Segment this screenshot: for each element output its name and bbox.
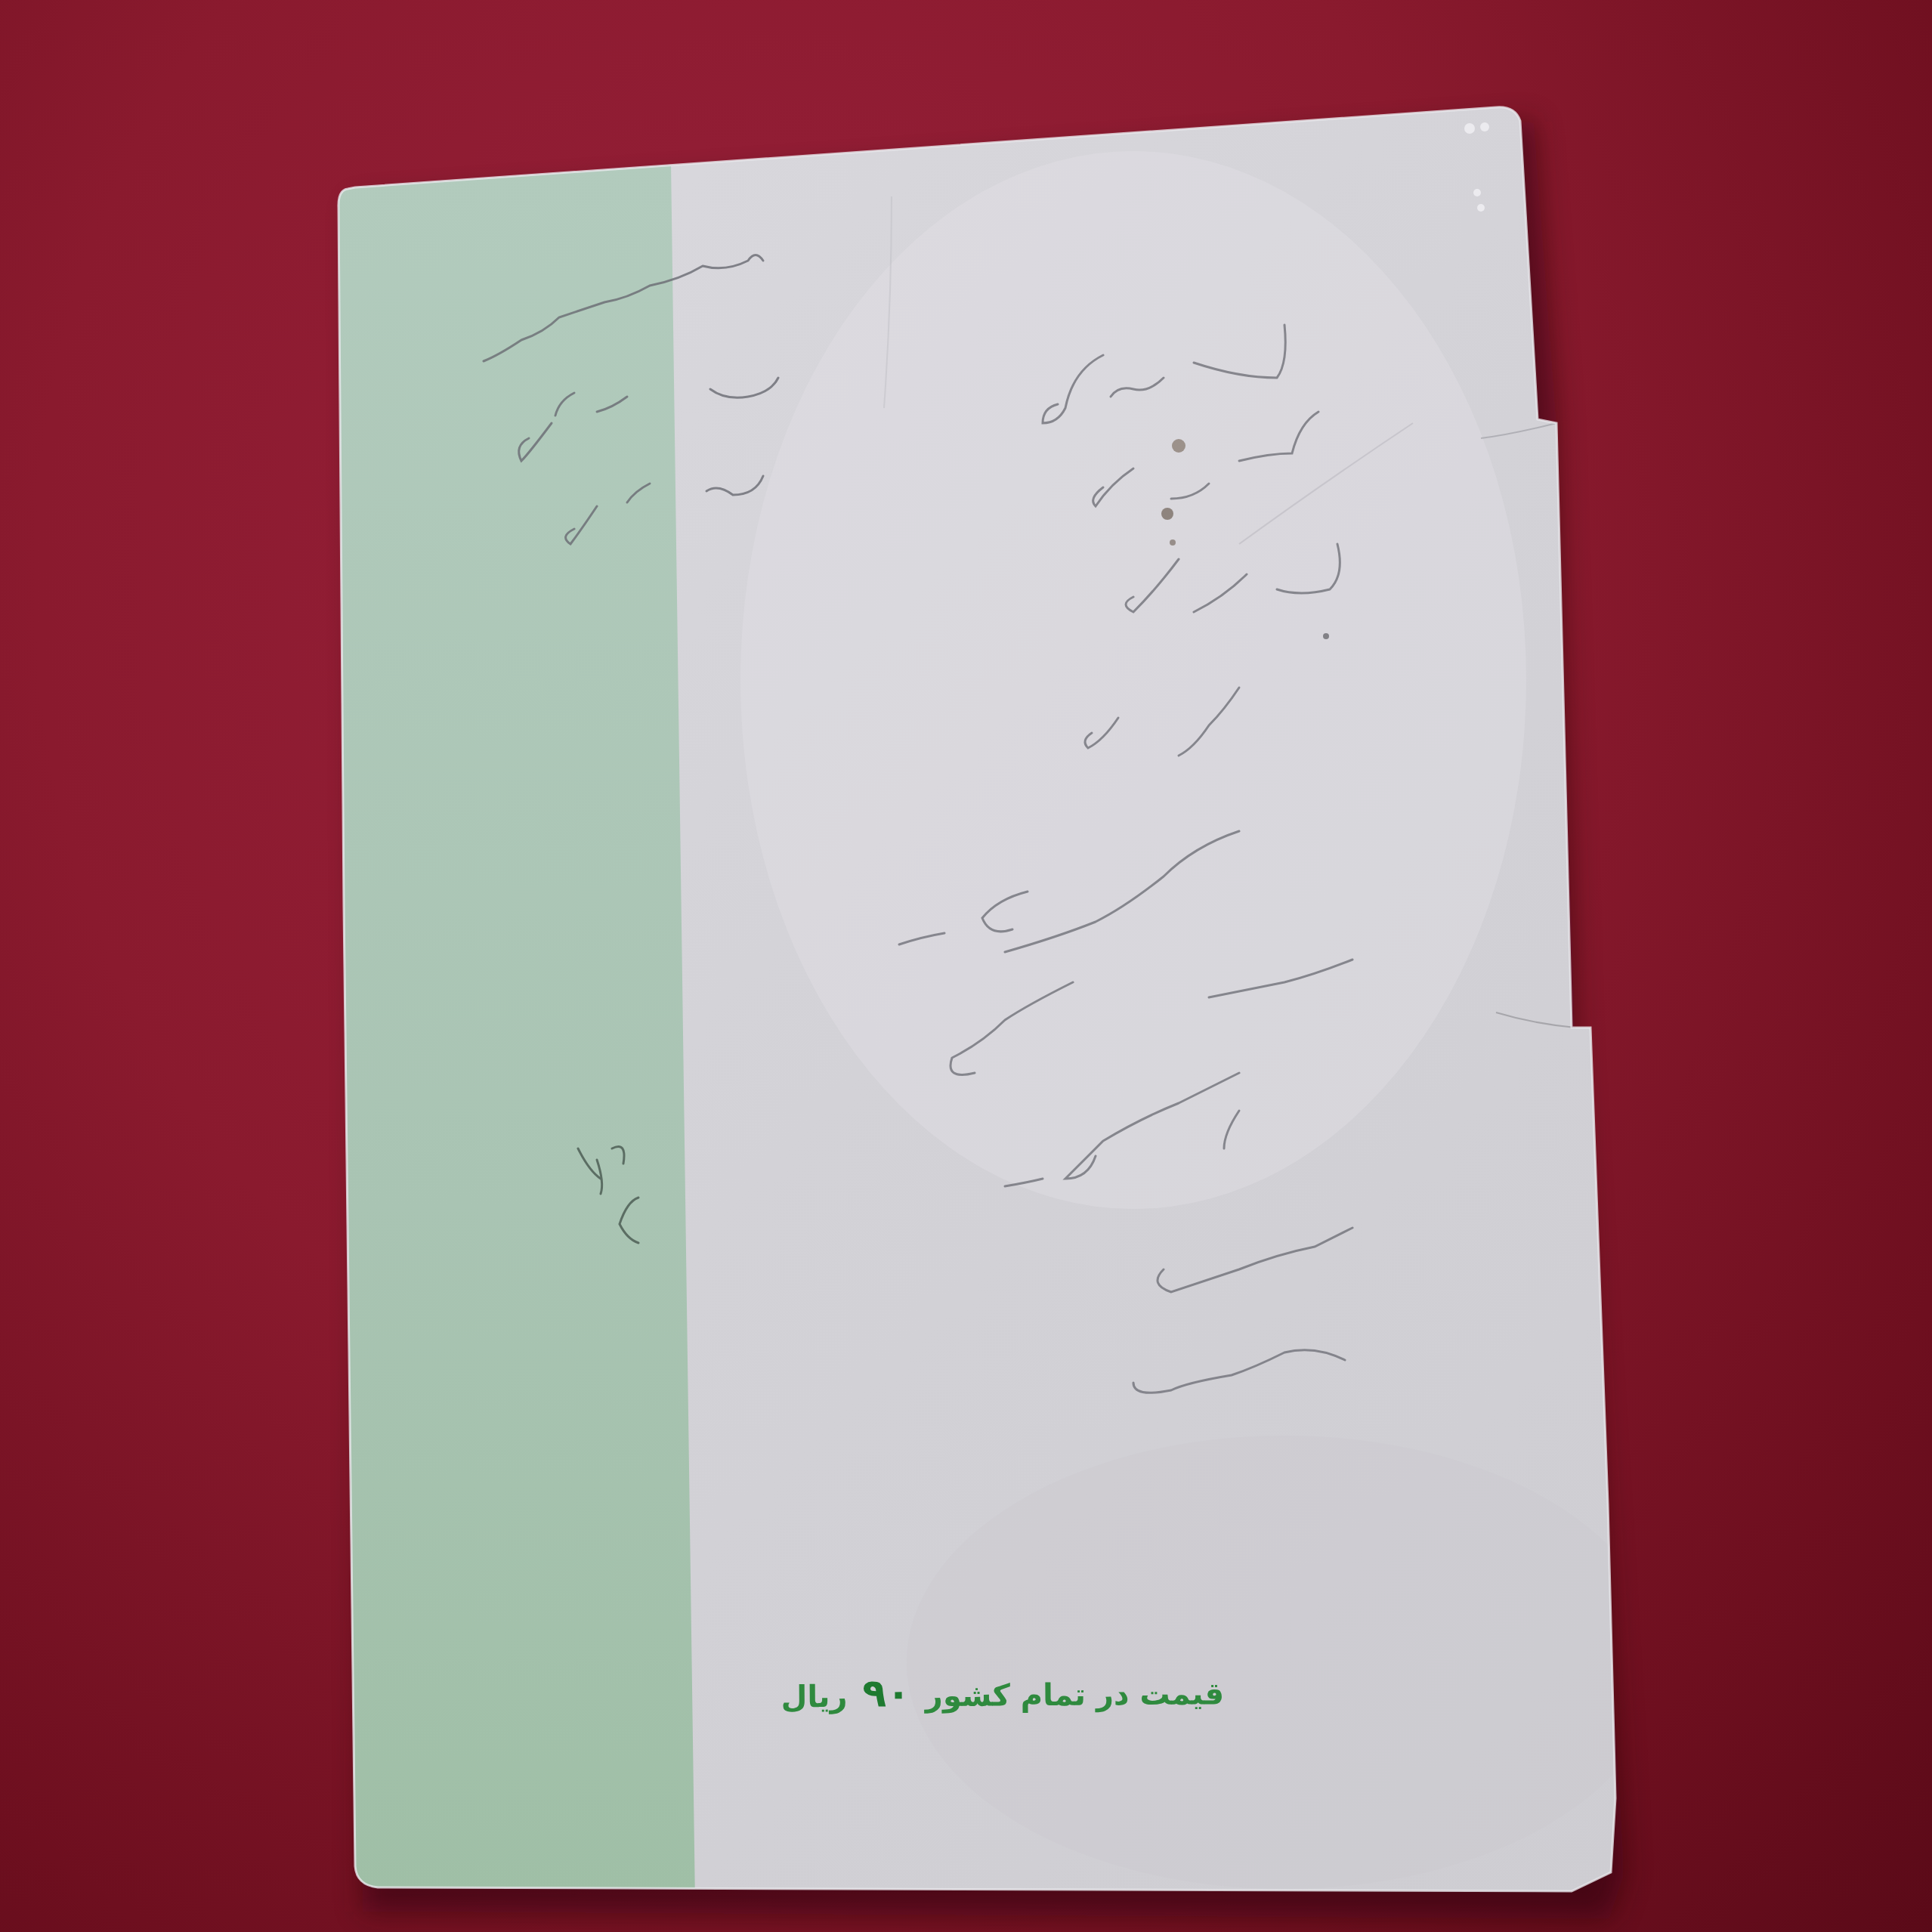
price-prefix: قیمت در تمام کشور — [926, 1677, 1225, 1714]
price-number: ۹۰ — [862, 1671, 910, 1716]
price-unit: ریال — [781, 1680, 847, 1715]
green-spine-strip — [332, 162, 695, 1904]
book-back-cover — [0, 0, 1932, 1932]
printed-price-line: قیمت در تمام کشور ۹۰ ریال — [861, 1668, 1224, 1716]
